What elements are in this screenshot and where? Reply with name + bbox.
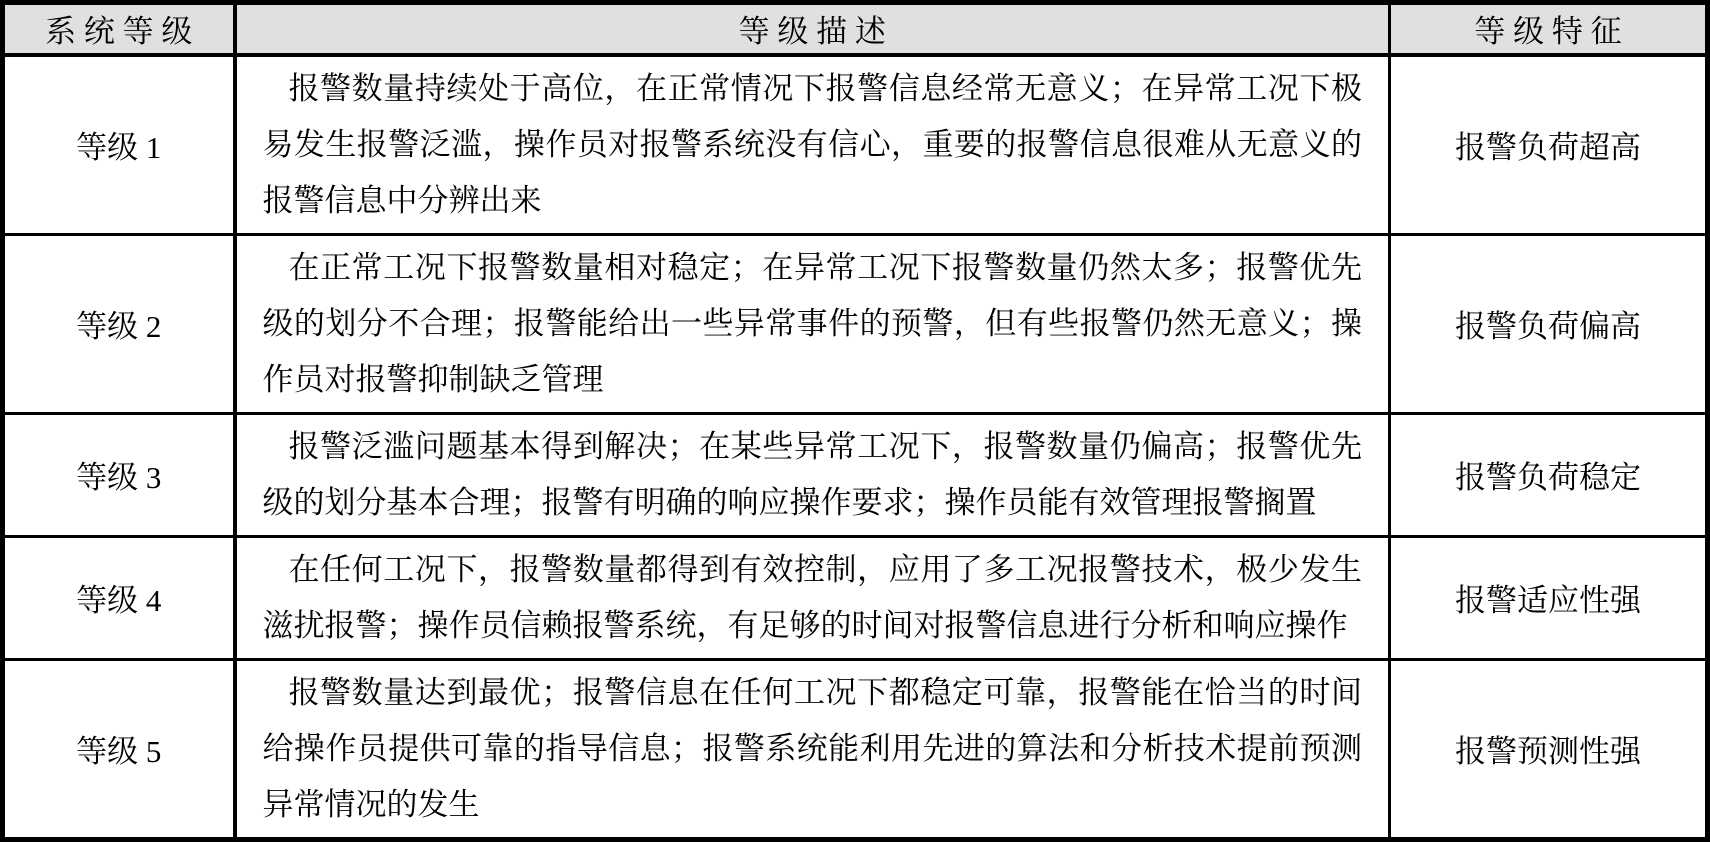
cell-description: 在任何工况下，报警数量都得到有效控制，应用了多工况报警技术，极少发生滋扰报警；操… [235,536,1390,659]
cell-level: 等级 5 [3,659,235,839]
header-cell-system-level: 系 统 等 级 [3,3,235,55]
cell-description: 报警数量持续处于高位，在正常情况下报警信息经常无意义；在异常工况下极易发生报警泛… [235,55,1390,235]
cell-feature: 报警预测性强 [1390,659,1708,839]
cell-level: 等级 4 [3,536,235,659]
cell-level: 等级 1 [3,55,235,235]
cell-level: 等级 3 [3,413,235,536]
table-row-level-5: 等级 5 报警数量达到最优；报警信息在任何工况下都稳定可靠，报警能在恰当的时间给… [3,659,1708,839]
cell-feature: 报警负荷稳定 [1390,413,1708,536]
table-header-row: 系 统 等 级 等 级 描 述 等 级 特 征 [3,3,1708,55]
table-row-level-1: 等级 1 报警数量持续处于高位，在正常情况下报警信息经常无意义；在异常工况下极易… [3,55,1708,235]
cell-description: 在正常工况下报警数量相对稳定；在异常工况下报警数量仍然太多；报警优先级的划分不合… [235,234,1390,413]
table-row-level-2: 等级 2 在正常工况下报警数量相对稳定；在异常工况下报警数量仍然太多；报警优先级… [3,234,1708,413]
header-cell-grade-feature: 等 级 特 征 [1390,3,1708,55]
alarm-system-grade-table: 系 统 等 级 等 级 描 述 等 级 特 征 等级 1 报警数量持续处于高位，… [0,0,1710,842]
table-row-level-4: 等级 4 在任何工况下，报警数量都得到有效控制，应用了多工况报警技术，极少发生滋… [3,536,1708,659]
cell-description: 报警泛滥问题基本得到解决；在某些异常工况下，报警数量仍偏高；报警优先级的划分基本… [235,413,1390,536]
page: 系 统 等 级 等 级 描 述 等 级 特 征 等级 1 报警数量持续处于高位，… [0,0,1710,813]
cell-level: 等级 2 [3,234,235,413]
header-cell-grade-description: 等 级 描 述 [235,3,1390,55]
cell-feature: 报警适应性强 [1390,536,1708,659]
cell-description: 报警数量达到最优；报警信息在任何工况下都稳定可靠，报警能在恰当的时间给操作员提供… [235,659,1390,839]
cell-feature: 报警负荷偏高 [1390,234,1708,413]
table-row-level-3: 等级 3 报警泛滥问题基本得到解决；在某些异常工况下，报警数量仍偏高；报警优先级… [3,413,1708,536]
cell-feature: 报警负荷超高 [1390,55,1708,235]
